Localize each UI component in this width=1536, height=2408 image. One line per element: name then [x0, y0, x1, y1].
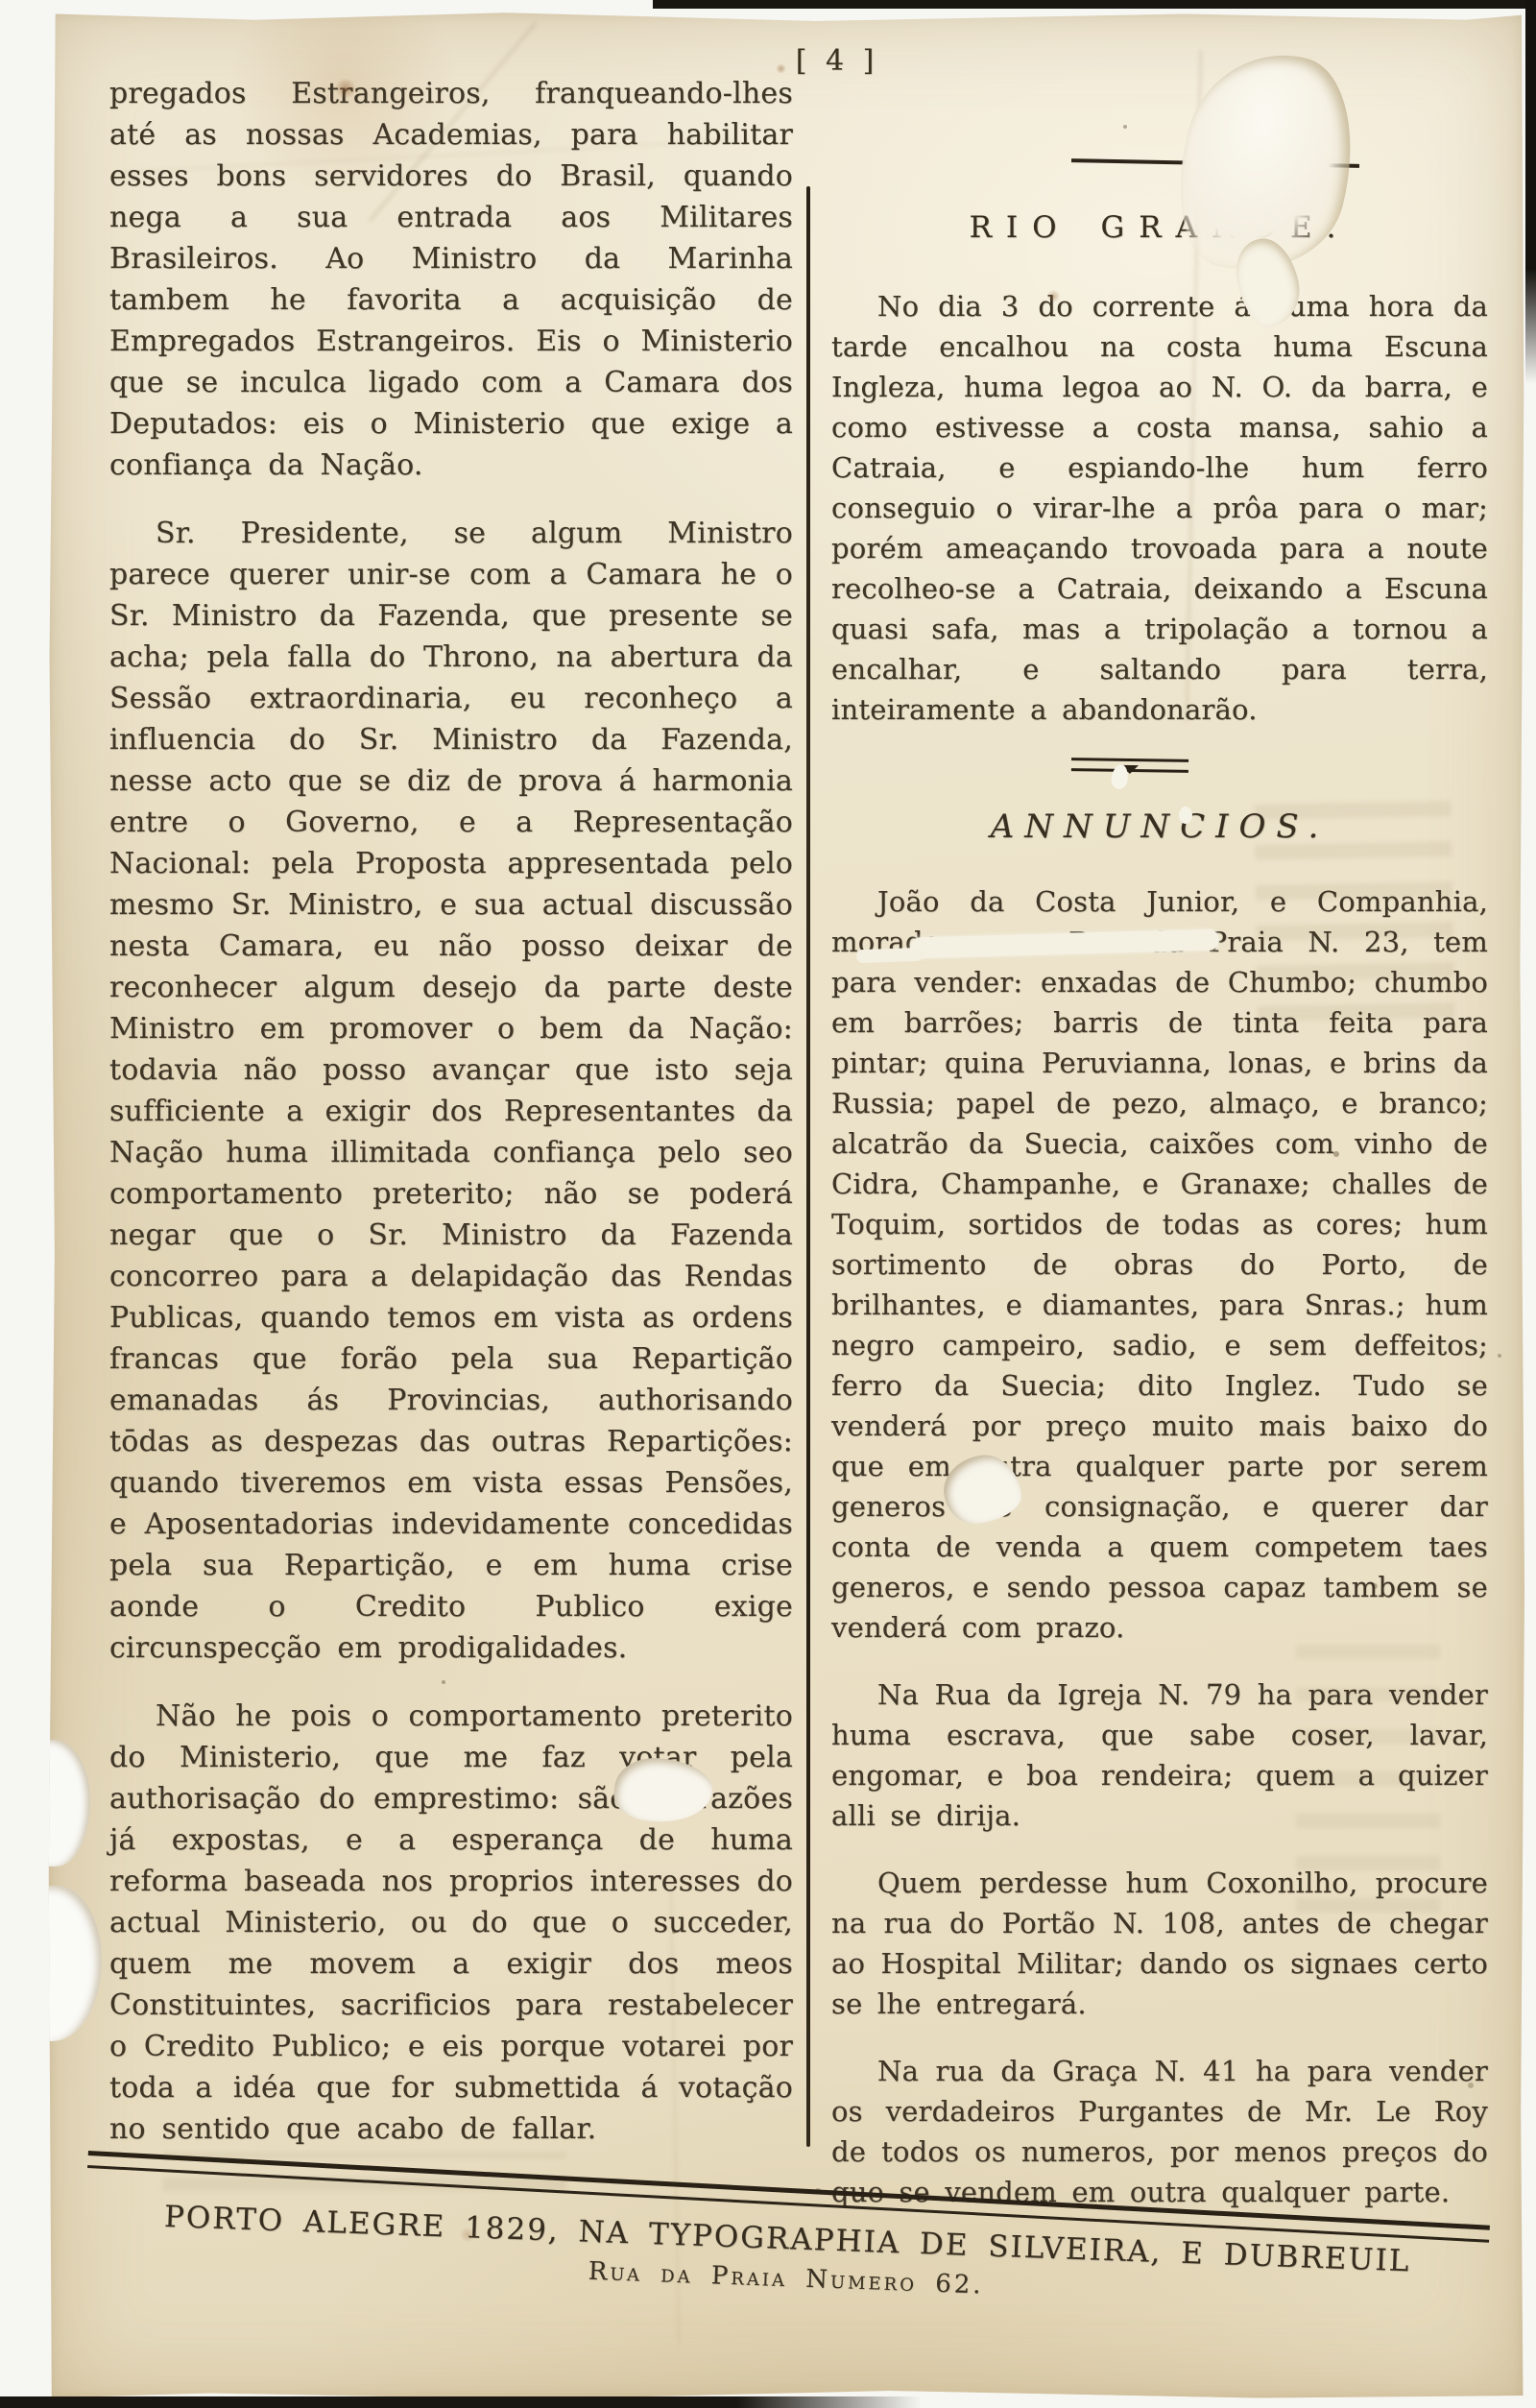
annuncios-title: ANNUNCIOS. — [831, 807, 1488, 847]
scan-edge — [0, 2396, 922, 2408]
ad-paragraph: Na Rua da Igreja N. 79 ha para vender hu… — [831, 1674, 1488, 1836]
ad-paragraph: João da Costa Junior, e Companhia, morad… — [831, 881, 1488, 1648]
newspaper-page: [ 4 ] pregados Estrangeiros, franqueando… — [48, 12, 1524, 2400]
left-column: pregados Estrangeiros, franqueando-lhes … — [109, 73, 793, 2177]
swelled-divider-rule — [1071, 758, 1188, 773]
right-column: RIO GRANDE. No dia 3 do corrente á huma … — [831, 138, 1488, 2239]
scan-edge — [653, 0, 1536, 9]
paper-chip — [19, 1740, 90, 1866]
section-rule — [1071, 158, 1359, 168]
column-divider-line — [806, 186, 810, 2147]
scan-edge — [1525, 0, 1536, 384]
scanned-document: [ 4 ] pregados Estrangeiros, franqueando… — [0, 0, 1536, 2408]
rio-grande-title: RIO GRANDE. — [831, 207, 1488, 248]
paper-chip — [15, 1886, 102, 2041]
news-paragraph: pregados Estrangeiros, franqueando-lhes … — [109, 73, 793, 486]
news-paragraph: Não he pois o comportamento preterito do… — [109, 1696, 793, 2150]
news-paragraph: No dia 3 do corrente á huma hora da tard… — [831, 286, 1488, 730]
ad-paragraph: Quem perdesse hum Coxonilho, procure na … — [831, 1863, 1488, 2024]
news-paragraph: Sr. Presidente, se algum Ministro parece… — [109, 513, 793, 1669]
